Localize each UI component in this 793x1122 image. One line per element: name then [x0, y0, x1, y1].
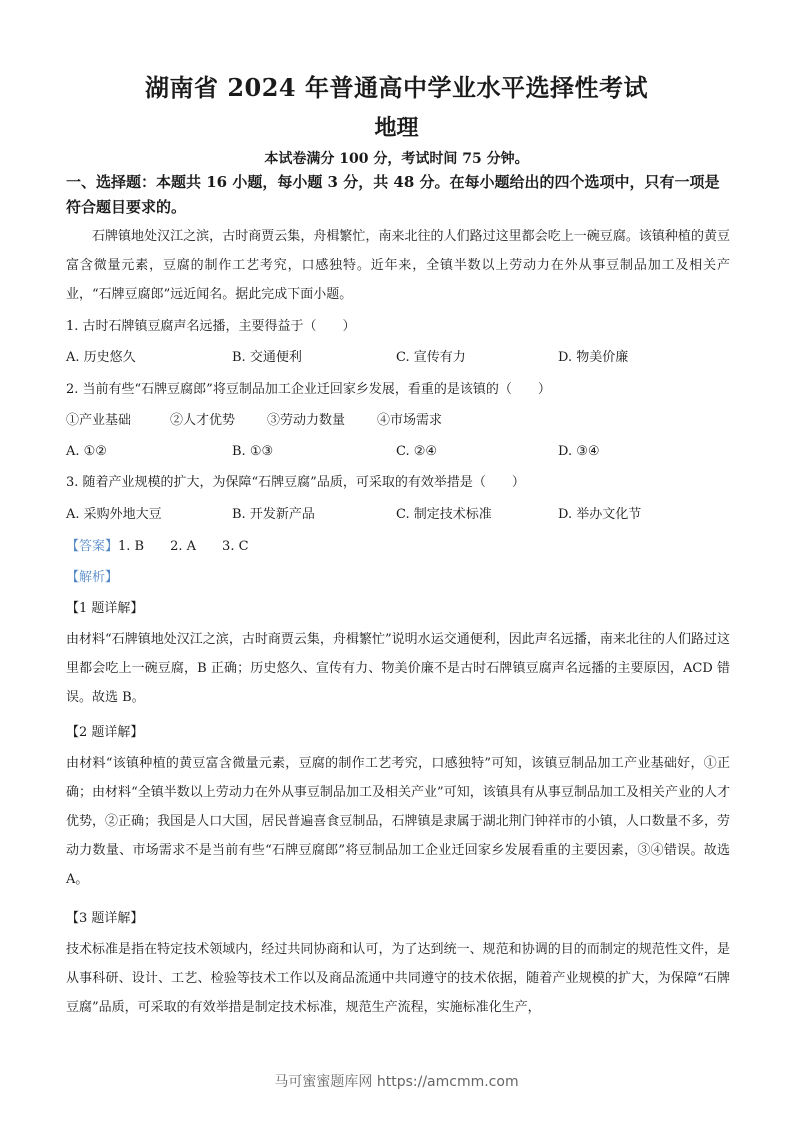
footer-watermark: 马可蜜蜜题库网 https://amcmm.com [0, 1071, 793, 1091]
q2-option-d: D. ③④ [558, 442, 600, 462]
answer-row: 【答案】1. B2. A3. C [66, 537, 730, 557]
q3-option-d: D. 举办文化节 [558, 505, 641, 525]
q1-option-d: D. 物美价廉 [558, 348, 628, 368]
q1-option-b: B. 交通便利 [232, 348, 302, 368]
question-1-options: A. 历史悠久 B. 交通便利 C. 宣传有力 D. 物美价廉 [66, 348, 730, 368]
exam-title: 湖南省 2024 年普通高中学业水平选择性考试 [0, 68, 793, 103]
q1-option-c: C. 宣传有力 [396, 348, 466, 368]
answer-item: 1. B [118, 537, 144, 557]
q3-option-c: C. 制定技术标准 [396, 505, 492, 525]
q3-option-b: B. 开发新产品 [232, 505, 315, 525]
q2-statement-4: ④市场需求 [377, 411, 442, 431]
question-3-stem: 3. 随着产业规模的扩大，为保障“石牌豆腐”品质，可采取的有效举措是（ ） [66, 473, 730, 493]
detail-3-text: 技术标准是指在特定技术领域内，经过共同协商和认可，为了达到统一、规范和协调的目的… [66, 935, 730, 1022]
q2-option-c: C. ②④ [396, 442, 437, 462]
q2-statement-2: ②人才优势 [170, 411, 235, 431]
detail-3-heading: 【3 题详解】 [66, 909, 730, 929]
question-2-options: A. ①② B. ①③ C. ②④ D. ③④ [66, 442, 730, 462]
q2-option-a: A. ①② [66, 442, 107, 462]
subject-title: 地理 [0, 111, 793, 142]
question-3-options: A. 采购外地大豆 B. 开发新产品 C. 制定技术标准 D. 举办文化节 [66, 505, 730, 525]
question-2-stem: 2. 当前有些“石牌豆腐郎”将豆制品加工企业迁回家乡发展，看重的是该镇的（ ） [66, 380, 730, 400]
question-1-stem: 1. 古时石牌镇豆腐声名远播，主要得益于（ ） [66, 317, 730, 337]
q2-statement-3: ③劳动力数量 [267, 411, 345, 431]
q2-statement-1: ①产业基础 [66, 411, 131, 431]
exam-meta: 本试卷满分 100 分，考试时间 75 分钟。 [0, 148, 793, 168]
detail-2-heading: 【2 题详解】 [66, 723, 730, 743]
exam-page: 湖南省 2024 年普通高中学业水平选择性考试 地理 本试卷满分 100 分，考… [0, 0, 793, 1122]
answer-item: 2. A [170, 537, 196, 557]
material-paragraph: 石牌镇地处汉江之滨，古时商贾云集，舟楫繁忙，南来北往的人们路过这里都会吃上一碗豆… [66, 222, 730, 309]
detail-1-heading: 【1 题详解】 [66, 599, 730, 619]
section-heading: 一、选择题：本题共 16 小题，每小题 3 分，共 48 分。在每小题给出的四个… [66, 170, 728, 220]
analysis-label: 【解析】 [66, 568, 730, 588]
question-2-statements: ①产业基础 ②人才优势 ③劳动力数量 ④市场需求 [66, 411, 730, 431]
detail-1-text: 由材料“石牌镇地处汉江之滨，古时商贾云集，舟楫繁忙”说明水运交通便利，因此声名远… [66, 625, 730, 712]
answer-item: 3. C [222, 537, 248, 557]
answer-label: 【答案】 [66, 539, 118, 554]
detail-2-text: 由材料“该镇种植的黄豆富含微量元素，豆腐的制作工艺考究，口感独特”可知，该镇豆制… [66, 749, 730, 894]
q1-option-a: A. 历史悠久 [66, 348, 136, 368]
q2-option-b: B. ①③ [232, 442, 273, 462]
q3-option-a: A. 采购外地大豆 [66, 505, 162, 525]
